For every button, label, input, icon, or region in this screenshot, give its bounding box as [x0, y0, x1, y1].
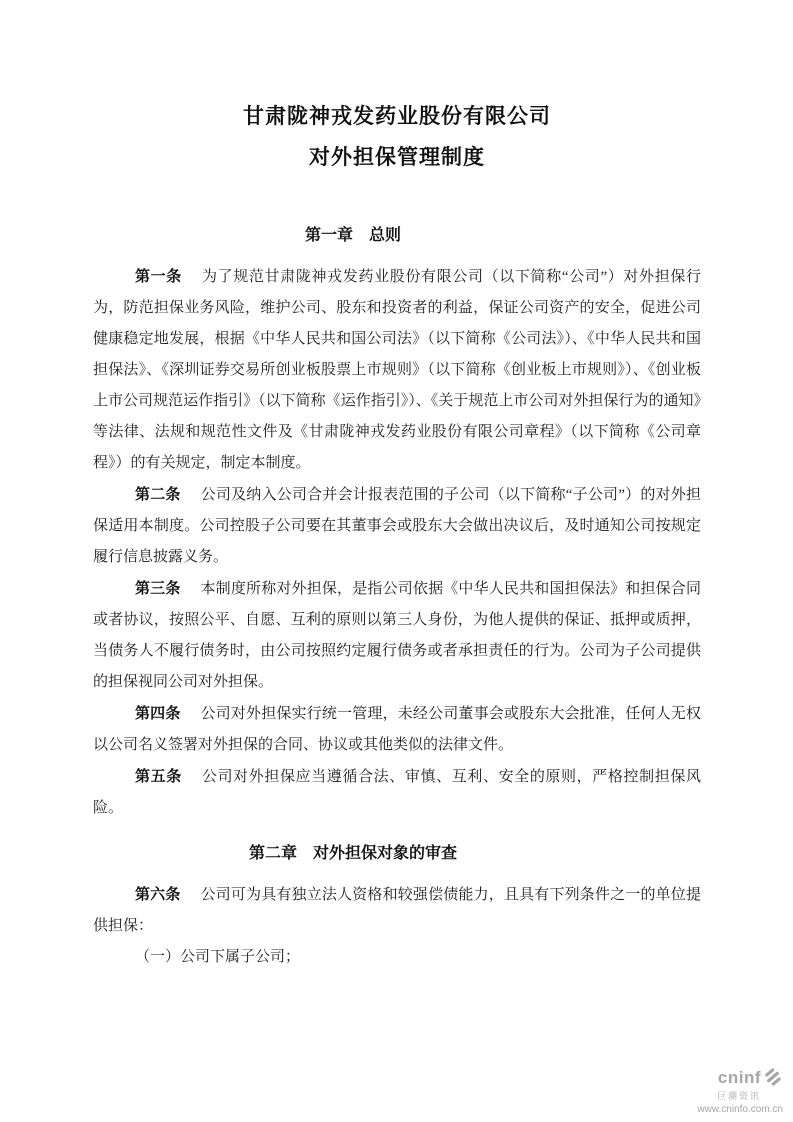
cninfo-url: www.cninfo.com.cn	[697, 1104, 783, 1115]
article-1: 第一条为了规范甘肃陇神戎发药业股份有限公司（以下简称“公司”）对外担保行为，防范…	[93, 261, 701, 479]
article-6-number: 第六条	[135, 886, 181, 903]
cninfo-watermark: cninf 巨潮资讯 www.cninfo.com.cn	[697, 1067, 783, 1115]
article-3-text: 本制度所称对外担保，是指公司依据《中华人民共和国担保法》和担保合同或者协议，按照…	[93, 581, 701, 690]
document-page: 甘肃陇神戎发药业股份有限公司 对外担保管理制度 第一章 总则 第一条为了规范甘肃…	[0, 0, 793, 1122]
article-2-text: 公司及纳入公司合并会计报表范围的子公司（以下简称“子公司”）的对外担保适用本制度…	[93, 487, 701, 565]
document-title-line2: 对外担保管理制度	[93, 137, 701, 178]
article-5-text: 公司对外担保应当遵循合法、审慎、互利、安全的原则，严格控制担保风险。	[93, 769, 701, 816]
article-6-text: 公司可为具有独立法人资格和较强偿债能力，且具有下列条件之一的单位提供担保：	[93, 887, 701, 934]
article-2-number: 第二条	[135, 486, 181, 503]
cninfo-brand-text: cninf	[718, 1069, 761, 1088]
article-1-number: 第一条	[135, 268, 182, 285]
article-5-number: 第五条	[135, 768, 182, 785]
article-6: 第六条公司可为具有独立法人资格和较强偿债能力，且具有下列条件之一的单位提供担保：	[93, 879, 701, 942]
article-3: 第三条本制度所称对外担保，是指公司依据《中华人民共和国担保法》和担保合同或者协议…	[93, 573, 701, 698]
article-3-number: 第三条	[135, 580, 181, 597]
chapter1-heading: 第一章 总则	[93, 220, 613, 251]
chapter2-heading: 第二章 对外担保对象的审查	[93, 838, 613, 869]
article-1-text: 为了规范甘肃陇神戎发药业股份有限公司（以下简称“公司”）对外担保行为，防范担保业…	[93, 269, 701, 471]
article-2: 第二条公司及纳入公司合并会计报表范围的子公司（以下简称“子公司”）的对外担保适用…	[93, 479, 701, 573]
document-body: 甘肃陇神戎发药业股份有限公司 对外担保管理制度 第一章 总则 第一条为了规范甘肃…	[93, 96, 701, 973]
document-title-line1: 甘肃陇神戎发药业股份有限公司	[93, 96, 701, 137]
article-4-number: 第四条	[135, 705, 181, 722]
cninfo-chinese-name: 巨潮资讯	[697, 1092, 761, 1102]
list-item-1: （一）公司下属子公司；	[93, 942, 701, 973]
cninfo-brand-row: cninf	[697, 1067, 783, 1092]
article-4: 第四条公司对外担保实行统一管理，未经公司董事会或股东大会批准，任何人无权以公司名…	[93, 698, 701, 761]
article-5: 第五条公司对外担保应当遵循合法、审慎、互利、安全的原则，严格控制担保风险。	[93, 761, 701, 824]
cninfo-swirl-icon	[763, 1067, 783, 1092]
article-4-text: 公司对外担保实行统一管理，未经公司董事会或股东大会批准，任何人无权以公司名义签署…	[93, 706, 701, 753]
